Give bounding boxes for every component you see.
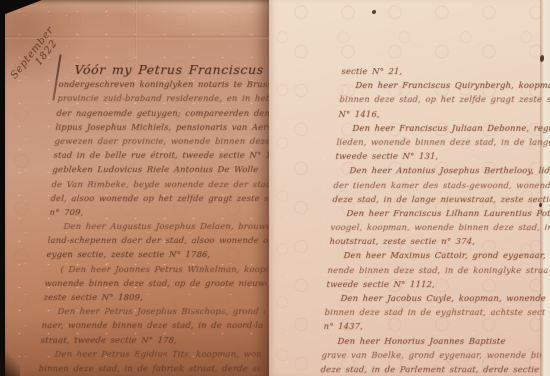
manuscript-line: zeste sectie N° 1809, (43, 290, 266, 304)
manuscript-line: binnen deze stad in de eyghstraat, achts… (324, 305, 545, 319)
manuscript-line: N° 1416, (338, 107, 550, 121)
paper-crease-vertical (135, 0, 137, 62)
paper-crease-horizontal (5, 36, 269, 39)
manuscript-line: n° 709, (49, 205, 272, 219)
right-page-text: sectie N° 21,Den heer Franciscus Quirynb… (320, 64, 550, 376)
manuscript-line: deze stad, in de Parlement straat, derde… (320, 362, 541, 376)
manuscript-line: Vóór my Petrus Franciscus Morren, (59, 63, 282, 77)
manuscript-line: Den heer Franciscus Quirynbergh, koopman… (340, 78, 550, 92)
manuscript-line: n° 1437, (323, 319, 544, 333)
photo-corner-dark-bottom-left (0, 350, 20, 376)
manuscript-line: grave van Boelke, grond eygenaar, wonend… (321, 348, 542, 362)
manuscript-line: deze stad, in de lange nieuwstraat, zest… (332, 192, 550, 206)
manuscript-line: eygen sectie, zeste sectie N° 1786, (46, 247, 269, 261)
manuscript-line: der nagenoemde getuygen; compareerden de… (56, 106, 279, 120)
manuscript-line: naer, wonende binnen deze stad, in de no… (41, 318, 264, 332)
manuscript-line: lippus Josephus Michiels, pensionaris va… (55, 120, 278, 134)
manuscript-line: der tienden kamer des stads-gewoond, won… (333, 178, 550, 192)
manuscript-line: Den heer Petrus Egidius Tits, koopman, w… (39, 347, 262, 361)
manuscript-line: Den heer Franciscus Lilhann Laurentius P… (331, 206, 550, 220)
manuscript-line: Den heer Petrus Josephus Bisschops, gron… (42, 304, 265, 318)
manuscript-line: Den heer Antonius Josephus Berthelooy, l… (334, 163, 550, 177)
manuscript-line: binnen deze stad, in de fabriek straat, … (38, 361, 261, 375)
manuscript-line: Den heer Maximus Cattoir, grond eygenaar… (328, 248, 549, 262)
manuscript-line: Den heer Augustus Josephus Delaen, brouw… (48, 219, 271, 233)
manuscript-line: Den heer Franciscus Juliaan Debonne, reg… (337, 121, 550, 135)
manuscript-line: straat, tweede sectie N° 178, (40, 333, 263, 347)
manuscript-line: wonende binnen deze stad, op de groote n… (44, 276, 267, 290)
manuscript-line: gewezen daer provincie, wonende binnen d… (54, 134, 277, 148)
manuscript-line: binnen deze stad, op het zelfde gragt ze… (339, 92, 550, 106)
manuscript-photo: Vóór my Petrus Franciscus Morren,onderge… (0, 0, 550, 376)
manuscript-line: voogel, koopman, wonende binnen deze sta… (330, 220, 550, 234)
manuscript-line: ondergeschreven koninglyken notaris te B… (58, 77, 281, 91)
manuscript-line: de Van Rimbeke, beyde wonende deze der s… (51, 177, 274, 191)
manuscript-line: lieden, wonende binnen deze stad, in de … (336, 135, 550, 149)
manuscript-line: gebleken Ludovicus Riele Antonius De Wol… (52, 162, 275, 176)
manuscript-line: nende binnen deze stad, in de koninglyke… (327, 263, 548, 277)
manuscript-line: houtstraat, zeste sectie n° 374, (329, 234, 550, 248)
left-page-text: Vóór my Petrus Franciscus Morren,onderge… (38, 63, 282, 376)
manuscript-line: stad in de belle rue étroit, tweede sect… (53, 148, 276, 162)
manuscript-line: sectie N° 21, (341, 64, 550, 78)
manuscript-line: provincie zuid-braband residerende, en i… (57, 91, 280, 105)
manuscript-line: tweede sectie N° 1112, (326, 277, 547, 291)
manuscript-line: tweede sectie N° 131, (335, 149, 550, 163)
manuscript-line: land-schepenen daer der stad, alsoo wone… (47, 233, 270, 247)
right-page: sectie N° 21,Den heer Franciscus Quirynb… (269, 0, 550, 376)
manuscript-line: Den heer Honorius Joannes Baptiste (322, 334, 543, 348)
manuscript-line: ( Den heer Joannes Petrus Winkelman, koo… (45, 262, 268, 276)
manuscript-line: del, alsoo wonende op het zelfde gragt z… (50, 191, 273, 205)
manuscript-line: Den heer Jacobus Cuyle, koopman, wonende (325, 291, 546, 305)
